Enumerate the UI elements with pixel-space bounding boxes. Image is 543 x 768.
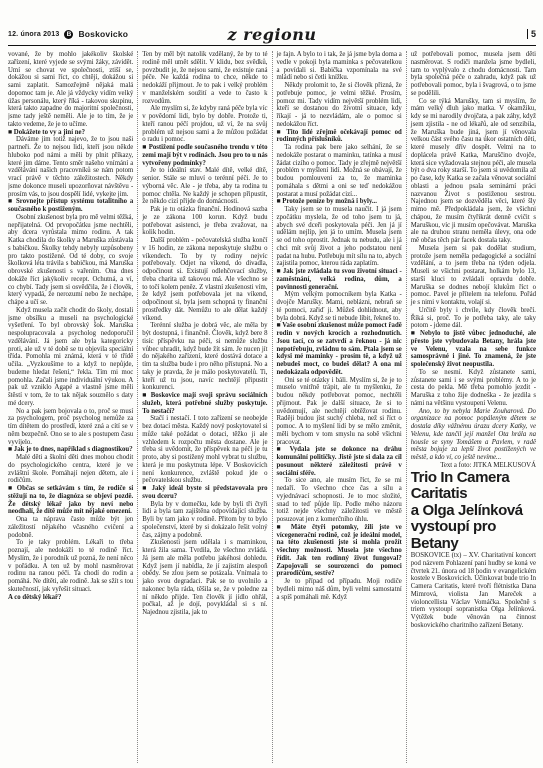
article-paragraph: Pak je tu otázka finanční. Hodinová sazb… — [142, 206, 267, 237]
article-paragraph: Ale myslím si, že kdyby raná péče byla v… — [142, 105, 267, 144]
paper-name: Boskovicko — [78, 29, 128, 39]
article-paragraph: Terénní služba je dobrá věc, ale měla by… — [142, 322, 267, 392]
interview-question: ■ Nebylo to jistě vůbec jednoduché, ale … — [411, 330, 536, 369]
interview-question: ■ Jaký ideál byste si představovala pro … — [142, 485, 267, 501]
issue-date: 12. února 2013 — [8, 31, 59, 38]
interview-question: ■ Tito lidé zřejmě očekávají pomoc od ro… — [277, 129, 402, 145]
article-paragraph: To se nesmí. Když zůstanete sami, zůstan… — [411, 369, 536, 408]
article-paragraph: Musela jsem si pak dodělat studium, prot… — [411, 245, 536, 307]
column-4: už potřebovali pomoc, musela jsem děti n… — [406, 51, 536, 763]
interview-question: ■ Jak jste zvládala tu svou životní situ… — [277, 268, 402, 291]
article-paragraph: Určitě byly i chvíle, kdy člověk brečí. … — [411, 307, 536, 330]
interview-question: ■ Boskovice mají svoji správu sociálních… — [142, 392, 267, 415]
interview-question: ■ Srovnejte přístup systému totalitního … — [8, 198, 133, 214]
article-paragraph: Zkušenosti jsem udělala i s maminkou, kt… — [142, 539, 267, 617]
article-paragraph: je fajn. A bylo to i tak, že já jsme byl… — [277, 51, 402, 82]
article-paragraph: Dáváme jim totiž najevo, že to jsou naši… — [8, 136, 133, 198]
column-2: Ten by měl být natolik vzdělaný, že by t… — [137, 51, 271, 763]
article-paragraph: Mým velkým pomocníkem byla Katka - dvojč… — [277, 291, 402, 322]
article-paragraph: Co se týká Marušky, tam si myslím, že má… — [411, 98, 536, 245]
news-paragraph: BOSKOVICE (tx) – XV. Charitativní koncer… — [411, 552, 536, 630]
interview-question: ■ Jak je to dnes, například s diagnostik… — [8, 446, 133, 454]
interview-question: ■ Postižení podle současného trendu v té… — [142, 144, 267, 167]
column-3: je fajn. A bylo to i tak, že já jsme byl… — [272, 51, 406, 763]
column-1: vované, že by mohlo jakékoliv školské za… — [8, 51, 137, 763]
article-paragraph: To sice ano, ale musím říct, že se mi ne… — [277, 477, 402, 524]
article-paragraph: Je to případ od případu. Moji rodiče byd… — [277, 578, 402, 601]
article-paragraph: Malé děti a školní děti dnes mohou chodi… — [8, 454, 133, 485]
article-paragraph: už potřebovali pomoc, musela jsem děti n… — [411, 51, 536, 98]
masthead: 12. února 2013 B Boskovicko — [8, 29, 128, 39]
interview-question: A co dětský lékař? — [8, 594, 133, 602]
article-columns: vované, že by mohlo jakékoliv školské za… — [8, 51, 536, 763]
interview-question: ■ Máte čtyři potomky, žili jste ve víceg… — [277, 524, 402, 578]
page-header: 12. února 2013 B Boskovicko z regionu 5 — [8, 26, 536, 46]
article-paragraph: vované, že by mohlo jakékoliv školské za… — [8, 51, 133, 129]
newspaper-page: 12. února 2013 B Boskovicko z regionu 5 … — [0, 0, 543, 768]
article-paragraph: No a pak jsem bojovala o to, proč se mus… — [8, 408, 133, 447]
article-paragraph: Byla by v domečku, kde by byli tři čtyři… — [142, 501, 267, 540]
article-paragraph: Je to ideální stav. Malé dítě, velké dít… — [142, 167, 267, 206]
interview-question: ■ Občas se setkávám s tím, že rodiče si … — [8, 485, 133, 516]
news-headline: Trio In Camera Caritatis a Olga Jelínkov… — [411, 470, 536, 553]
article-paragraph: Taky jsem se to musela naučit. I já jsem… — [277, 206, 402, 268]
article-paragraph: Osobní zkušenost byla pro mě velmi těžká… — [8, 214, 133, 307]
article-paragraph: Ano, to by nebyla Marie Zouharová. Do or… — [411, 408, 536, 462]
article-paragraph: Ta rodina pak bere jako selhání, že se n… — [277, 144, 402, 198]
page-number-block: 5 — [527, 29, 536, 39]
page-number: 5 — [527, 29, 536, 39]
article-paragraph: Další problém - pečovatelská služba konč… — [142, 237, 267, 322]
article-paragraph: Stačí i nestačí. I toto zařízení se neob… — [142, 415, 267, 485]
article-paragraph: Když musela začít chodit do školy, dosta… — [8, 307, 133, 408]
article-paragraph: Oni se té otázky i báli. Myslím si, že j… — [277, 377, 402, 447]
article-paragraph: To je taky problém. Lékaři to třeba pozn… — [8, 539, 133, 593]
interview-question: ■ Protože peníze by možná i byly... — [277, 198, 402, 206]
article-paragraph: Ten by měl být natolik vzdělaný, že by t… — [142, 51, 267, 105]
paper-logo-icon: B — [64, 30, 73, 39]
interview-question: ■ Dokážete to vy a jiní ne? — [8, 129, 133, 137]
article-paragraph: Ona ta náprava často může být jen záleži… — [8, 516, 133, 539]
interview-question: ■ Vydala jste se dokonce na dráhu komuná… — [277, 446, 402, 477]
interview-question: ■ Vaše osobní zkušenost může pomoct řadě… — [277, 322, 402, 376]
article-paragraph: Někdy prolomit to, že si člověk přizná, … — [277, 82, 402, 129]
